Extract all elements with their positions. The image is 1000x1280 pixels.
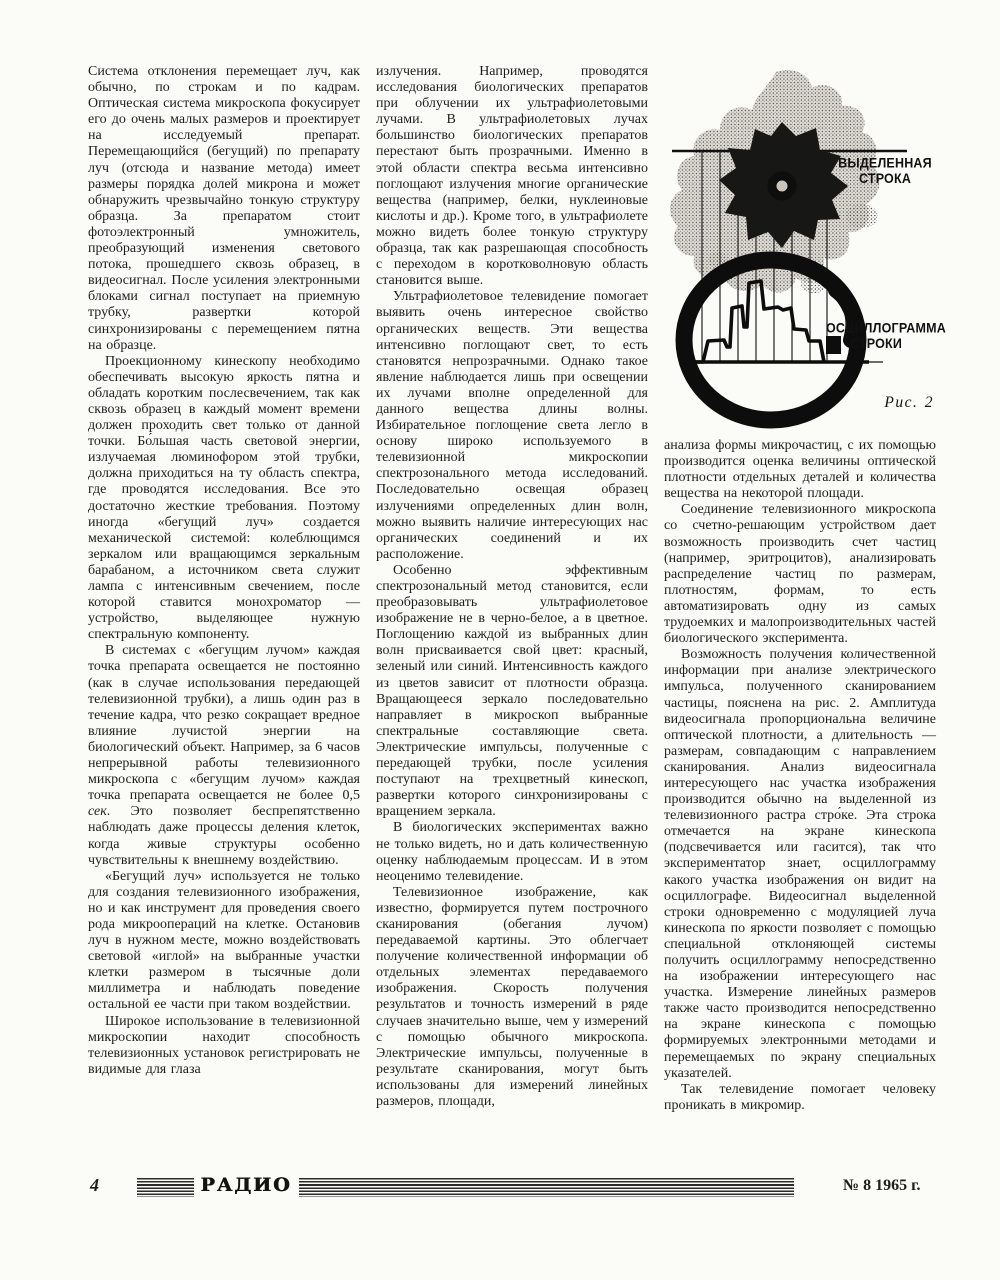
body-paragraph: В биологических экспериментах важно не т… <box>376 820 648 884</box>
figure-label-selected-line: ВЫДЕЛЕННАЯ СТРОКА <box>834 155 936 186</box>
body-paragraph: излучения. Например, проводятся исследов… <box>376 64 648 289</box>
italic-unit: сек <box>88 804 107 819</box>
paragraph-text: В системах с «бегущим лучом» каждая точк… <box>88 643 360 803</box>
body-paragraph: Телевизионное изображение, как известно,… <box>376 885 648 1110</box>
magazine-logo: РАДИО <box>196 1174 296 1196</box>
paragraph-text: . Это позволяет беспрепятственно наблюда… <box>88 804 360 867</box>
nucleus-ring <box>772 176 792 196</box>
figure-label-oscillogram: ОСЦИЛЛОГРАММА СТРОКИ <box>826 320 946 351</box>
label-text: ВЫДЕЛЕННАЯ <box>834 155 936 171</box>
article-columns: Система отклонения перемещает луч, как о… <box>88 64 936 1114</box>
figure-caption: Рис. 2 <box>884 395 934 411</box>
page-footer: 4 РАДИО № 8 1965 г. <box>0 1174 1000 1202</box>
figure-graphic <box>664 64 936 436</box>
figure-2: ВЫДЕЛЕННАЯ СТРОКА ОСЦИЛЛОГРАММА СТРОКИ Р… <box>664 64 936 436</box>
body-paragraph: Система отклонения перемещает луч, как о… <box>88 64 360 354</box>
magazine-page: Система отклонения перемещает луч, как о… <box>0 0 1000 1280</box>
body-paragraph: Особенно эффективным спектрозональный ме… <box>376 563 648 821</box>
body-paragraph: В системах с «бегущим лучом» каждая точк… <box>88 643 360 868</box>
oscillogram-trace <box>692 281 824 362</box>
body-paragraph: Проекционному кинескопу необходимо обесп… <box>88 354 360 644</box>
label-text: СТРОКИ <box>850 336 946 352</box>
footer-rule-left <box>137 1178 194 1197</box>
column-1: Система отклонения перемещает луч, как о… <box>88 64 360 1114</box>
body-paragraph: Так телевидение помогает человеку проник… <box>664 1082 936 1114</box>
footer-rule-right <box>299 1178 794 1197</box>
body-paragraph: Возможность получения количественной инф… <box>664 647 936 1082</box>
page-number: 4 <box>90 1175 99 1196</box>
column-3: ВЫДЕЛЕННАЯ СТРОКА ОСЦИЛЛОГРАММА СТРОКИ Р… <box>664 64 936 1114</box>
issue-info: № 8 1965 г. <box>843 1177 921 1195</box>
body-paragraph: «Бегущий луч» используется не только для… <box>88 869 360 1014</box>
label-text: СТРОКА <box>834 171 936 187</box>
body-paragraph: анализа формы микрочастиц, с их помощью … <box>664 438 936 502</box>
column-2: излучения. Например, проводятся исследов… <box>376 64 648 1114</box>
body-paragraph: Ультрафиолетовое телевидение помогает вы… <box>376 289 648 563</box>
body-paragraph: Соединение телевизионного микроскопа со … <box>664 502 936 647</box>
label-text: ОСЦИЛЛОГРАММА <box>826 320 946 336</box>
body-paragraph: Широкое использование в телевизионной ми… <box>88 1014 360 1078</box>
